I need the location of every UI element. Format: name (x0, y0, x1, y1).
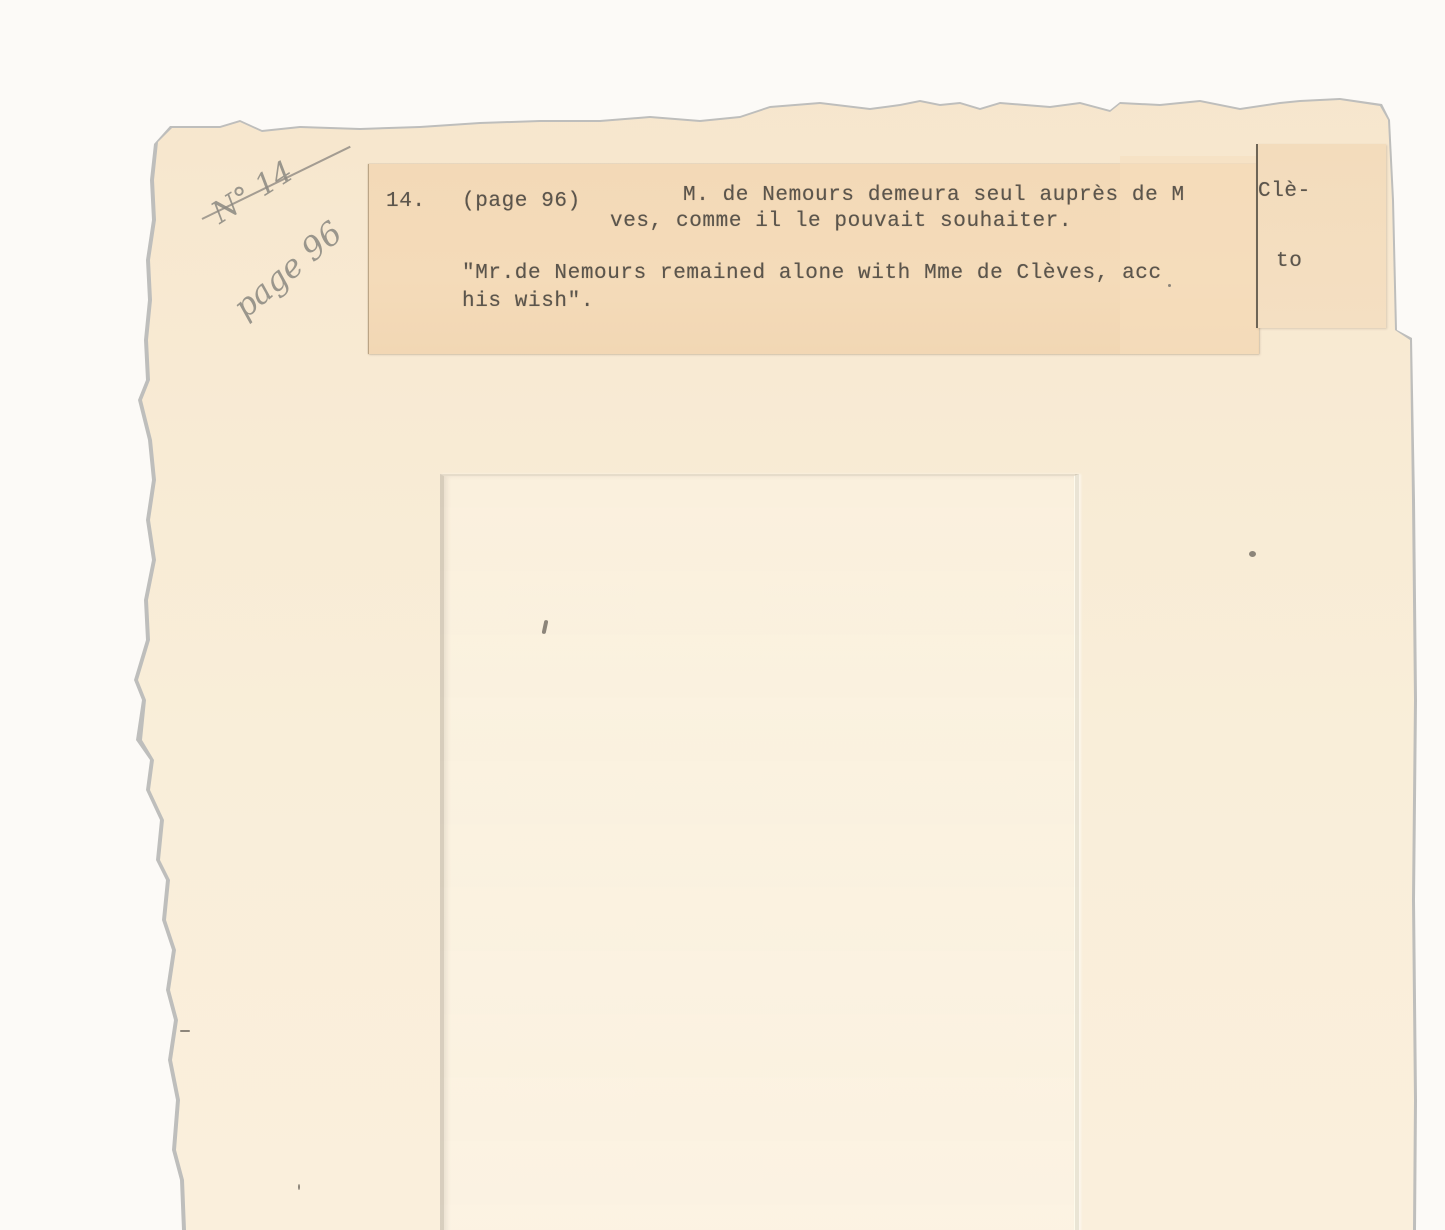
english-translation-line-1: "Mr.de Nemours remained alone with Mme d… (462, 262, 1162, 285)
paper-speck (1249, 551, 1256, 557)
debossed-plate-mark (440, 474, 1079, 1230)
english-translation-line-2: his wish". (462, 290, 594, 313)
entry-number: 14. (386, 190, 426, 213)
paper-speck (180, 1030, 190, 1032)
french-quote-line-1-tail: Clè- (1258, 180, 1311, 203)
plate-mark-edge (1075, 474, 1079, 1230)
french-quote-line-1: M. de Nemours demeura seul auprès de M (683, 184, 1185, 207)
french-quote-line-2: ves, comme il le pouvait souhaiter. (610, 210, 1072, 233)
page-reference: (page 96) (462, 190, 581, 213)
typed-label-continuation-strip (1256, 144, 1386, 328)
scanned-page: N° 14 page 96 14. (page 96) M. de Nemour… (0, 0, 1445, 1230)
english-translation-line-1-tail: to (1276, 250, 1302, 273)
paper-speck (298, 1184, 300, 1190)
paper-speck (1168, 284, 1171, 287)
